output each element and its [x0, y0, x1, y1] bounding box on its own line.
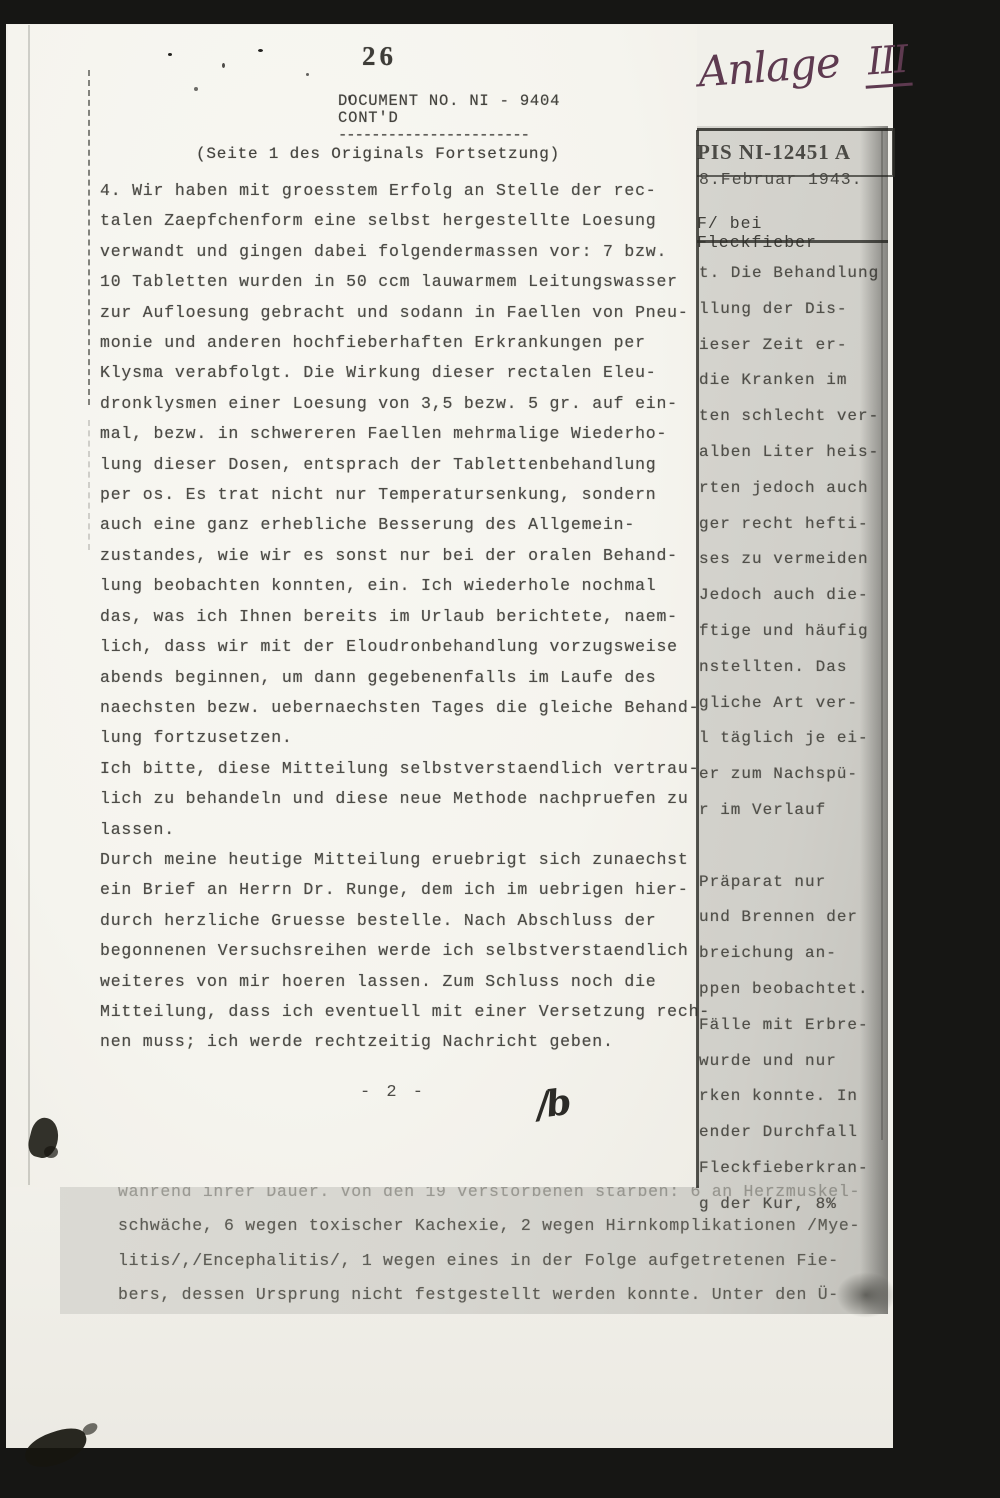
text-line: lung dieser Dosen, entsprach der Tablett…	[100, 450, 685, 480]
text-line: mal, bezw. in schwereren Faellen mehrmal…	[100, 419, 685, 449]
text-line: nen muss; ich werde rechtzeitig Nachrich…	[100, 1027, 685, 1057]
text-line: llung der Dis-	[699, 292, 894, 328]
text-line: r im Verlauf	[699, 793, 894, 829]
text-line: naechsten bezw. uebernaechsten Tages die…	[100, 693, 685, 723]
copy-artifact-dotted-line-faint	[88, 420, 90, 550]
text-line: abends beginnen, um dann gegebenenfalls …	[100, 663, 685, 693]
text-line: rken konnte. In	[699, 1079, 894, 1115]
text-line: Präparat nur	[699, 865, 894, 901]
text-line: t. Die Behandlung	[699, 256, 894, 292]
photostat-date: 8.Februar 1943.	[699, 170, 863, 189]
photostat-right-column: t. Die Behandlungllung der Dis-ieser Zei…	[699, 256, 894, 1223]
text-line: lung beobachten konnten, ein. Ich wieder…	[100, 571, 685, 601]
dark-smudge	[836, 1272, 896, 1318]
subtitle: (Seite 1 des Originals Fortsetzung)	[196, 145, 560, 163]
text-line: Jedoch auch die-	[699, 578, 894, 614]
photostat-bottom-paragraph: während ihrer Dauer. Von den 19 verstorb…	[118, 1175, 898, 1312]
text-line: rten jedoch auch	[699, 471, 894, 507]
page-number: 26	[362, 41, 397, 72]
stamp-text: PIS NI-12451 A	[697, 140, 851, 164]
text-line: ppen beobachtet.	[699, 972, 894, 1008]
text-line: 10 Tabletten wurden in 50 ccm lauwarmem …	[100, 267, 685, 297]
text-line: durch herzliche Gruesse bestelle. Nach A…	[100, 906, 685, 936]
text-line: nstellten. Das	[699, 650, 894, 686]
ink-speck	[258, 49, 263, 52]
photostat-right-border-line	[881, 130, 883, 1140]
text-line: Ich bitte, diese Mitteilung selbstversta…	[100, 754, 685, 784]
copy-artifact-dotted-line	[88, 70, 90, 405]
text-line: lassen.	[100, 815, 685, 845]
text-line: Klysma verabfolgt. Die Wirkung dieser re…	[100, 358, 685, 388]
ink-speck	[306, 73, 309, 76]
text-line: weiteres von mir hoeren lassen. Zum Schl…	[100, 967, 685, 997]
text-line: l täglich je ei-	[699, 721, 894, 757]
text-line: wurde und nur	[699, 1044, 894, 1080]
ink-blob	[44, 1146, 58, 1158]
anlage-numeral: III	[862, 37, 912, 89]
text-line: die Kranken im	[699, 363, 894, 399]
photostat-left-border-line	[696, 130, 699, 1188]
text-line	[699, 829, 894, 865]
text-line: ftige und häufig	[699, 614, 894, 650]
ink-speck	[168, 53, 172, 56]
text-line: bers, dessen Ursprung nicht festgestellt…	[118, 1278, 898, 1312]
text-line: litis/,/Encephalitis/, 1 wegen eines in …	[118, 1244, 898, 1278]
text-line: zustandes, wie wir es sonst nur bei der …	[100, 541, 685, 571]
page-footer-number: - 2 -	[308, 1083, 478, 1102]
text-line: Durch meine heutige Mitteilung eruebrigt…	[100, 845, 685, 875]
ink-speck	[194, 87, 198, 91]
ink-speck	[348, 95, 351, 101]
text-line: das, was ich Ihnen bereits im Urlaub ber…	[100, 602, 685, 632]
text-line: Mitteilung, dass ich eventuell mit einer…	[100, 997, 685, 1027]
text-line: zur Aufloesung gebracht und sodann in Fa…	[100, 298, 685, 328]
text-line: schwäche, 6 wegen toxischer Kachexie, 2 …	[118, 1209, 898, 1243]
text-line: er zum Nachspü-	[699, 757, 894, 793]
text-line: auch eine ganz erhebliche Besserung des …	[100, 510, 685, 540]
text-line: verwandt und gingen dabei folgendermasse…	[100, 237, 685, 267]
text-line: gliche Art ver-	[699, 686, 894, 722]
text-line: ieser Zeit er-	[699, 328, 894, 364]
anlage-word: Anlage	[697, 38, 842, 97]
text-line: ses zu vermeiden	[699, 542, 894, 578]
main-text-block: 4. Wir haben mit groesstem Erfolg an Ste…	[100, 176, 685, 1058]
text-line: monie und anderen hochfieberhaften Erkra…	[100, 328, 685, 358]
photostat-title: F/ bei Fleckfieber	[697, 214, 888, 252]
text-line: Fälle mit Erbre-	[699, 1008, 894, 1044]
text-line: ein Brief an Herrn Dr. Runge, dem ich im…	[100, 875, 685, 905]
text-line: lung fortzusetzen.	[100, 723, 685, 753]
page-fold-line	[28, 25, 30, 1185]
divider-dashes: -----------------------	[338, 126, 529, 144]
text-line: alben Liter heis-	[699, 435, 894, 471]
ink-speck	[222, 63, 225, 68]
document-number-heading: DOCUMENT NO. NI - 9404 CONT'D	[338, 93, 560, 127]
text-line: lich zu behandeln und diese neue Methode…	[100, 784, 685, 814]
typed-page: 26 DOCUMENT NO. NI - 9404 CONT'D -------…	[8, 25, 697, 1187]
text-line: 4. Wir haben mit groesstem Erfolg an Ste…	[100, 176, 685, 206]
text-line: dronklysmen einer Loesung von 3,5 bezw. …	[100, 389, 685, 419]
text-line: per os. Es trat nicht nur Temperatursenk…	[100, 480, 685, 510]
text-line: talen Zaepfchenform eine selbst hergeste…	[100, 206, 685, 236]
text-line: breichung an-	[699, 936, 894, 972]
text-line: ender Durchfall	[699, 1115, 894, 1151]
text-line: und Brennen der	[699, 900, 894, 936]
title-underline	[693, 240, 888, 243]
doc-no-line2: CONT'D	[338, 110, 560, 127]
text-line: ger recht hefti-	[699, 507, 894, 543]
doc-no-line1: DOCUMENT NO. NI - 9404	[338, 93, 560, 110]
text-line: begonnenen Versuchsreihen werde ich selb…	[100, 936, 685, 966]
handwritten-initial: /b	[533, 1081, 571, 1127]
scanned-document-photo: PIS NI-12451 A 8.Februar 1943. F/ bei Fl…	[0, 0, 1000, 1498]
text-line: lich, dass wir mit der Eloudronbehandlun…	[100, 632, 685, 662]
text-line: ten schlecht ver-	[699, 399, 894, 435]
